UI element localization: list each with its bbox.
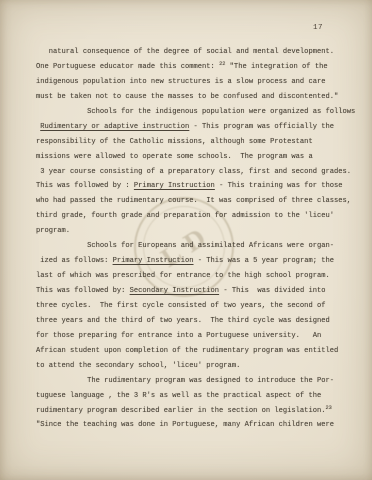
page-number: 17 bbox=[313, 24, 323, 32]
text-line: who had passed the rudimentary course. I… bbox=[36, 194, 356, 209]
text-line: missions were allowed to operate some sc… bbox=[36, 150, 356, 165]
text-line: This was followed by: Secondary Instruct… bbox=[36, 284, 356, 299]
text-line: rudimentary program described earlier in… bbox=[36, 404, 356, 419]
text-line: program. bbox=[36, 224, 356, 239]
text-line: The rudimentary program was designed to … bbox=[36, 374, 356, 389]
text-line: 3 year course consisting of a preparator… bbox=[36, 165, 356, 180]
text-line: last of which was prescribed for entranc… bbox=[36, 269, 356, 284]
text-line: three years and the third of two years. … bbox=[36, 314, 356, 329]
text-line: tuguese language , the 3 R's as well as … bbox=[36, 389, 356, 404]
text-line: three cycles. The first cycle consisted … bbox=[36, 299, 356, 314]
typed-text: natural consequence of the degree of soc… bbox=[36, 45, 356, 433]
document-page: L D 17 natural consequence of the degree… bbox=[0, 0, 372, 480]
text-line: One Portuguese educator made this commen… bbox=[36, 60, 356, 75]
text-line: natural consequence of the degree of soc… bbox=[36, 45, 356, 60]
text-line: for those preparing for entrance into a … bbox=[36, 329, 356, 344]
text-line: must be taken not to cause the masses to… bbox=[36, 90, 356, 105]
text-line: Schools for the indigenous population we… bbox=[36, 105, 356, 120]
text-line: third grade, fourth grade and preparatio… bbox=[36, 209, 356, 224]
text-line: ized as follows: Primary Instruction - T… bbox=[36, 254, 356, 269]
text-line: African student upon completion of the r… bbox=[36, 344, 356, 359]
text-line: Schools for Europeans and assimilated Af… bbox=[36, 239, 356, 254]
text-line: This was followed by : Primary Instructi… bbox=[36, 179, 356, 194]
text-line: Rudimentary or adaptive instruction - Th… bbox=[36, 120, 356, 135]
text-line: "Since the teaching was done in Portugue… bbox=[36, 418, 356, 433]
text-line: to attend the secondary school, 'liceu' … bbox=[36, 359, 356, 374]
text-line: indigenous population into new structure… bbox=[36, 75, 356, 90]
text-line: responsibility of the Catholic missions,… bbox=[36, 135, 356, 150]
